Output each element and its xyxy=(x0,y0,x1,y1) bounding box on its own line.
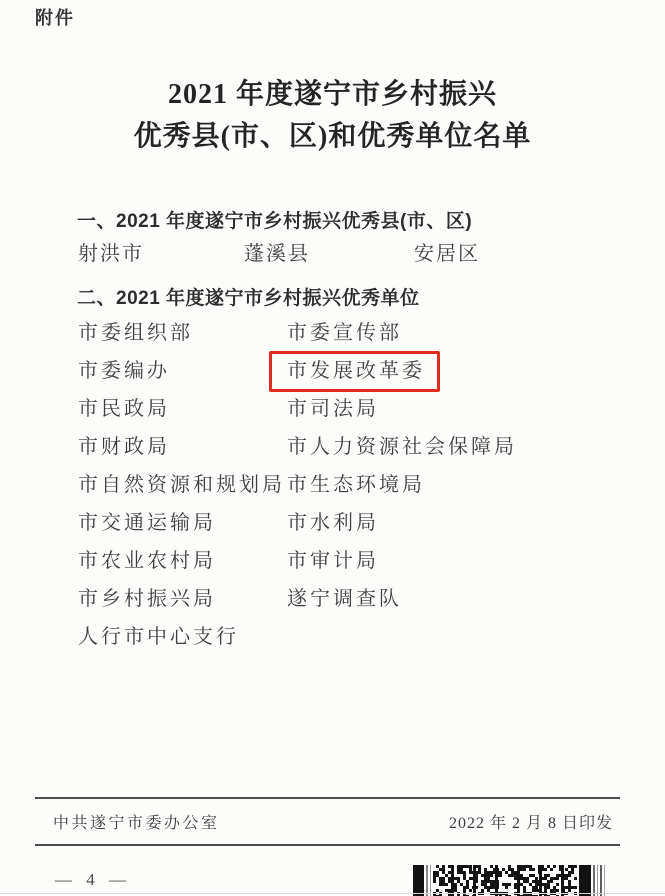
unit-row: 市委编办市发展改革委 xyxy=(78,352,618,390)
county-list: 射洪市蓬溪县安居区 xyxy=(78,242,480,266)
page-bottom-edge xyxy=(0,893,665,894)
unit-name: 市审计局 xyxy=(287,550,379,572)
unit-name: 市生态环境局 xyxy=(287,474,425,496)
page-number: — 4 — xyxy=(55,870,131,890)
county-item: 蓬溪县 xyxy=(244,242,414,266)
unit-row: 人行市中心支行 xyxy=(78,618,618,656)
unit-row: 市自然资源和规划局市生态环境局 xyxy=(78,466,618,504)
barcode xyxy=(413,865,607,896)
unit-name: 市交通运输局 xyxy=(78,511,287,535)
unit-name: 市民政局 xyxy=(78,397,287,421)
section2-heading: 二、2021 年度遂宁市乡村振兴优秀单位 xyxy=(77,283,420,310)
unit-row: 市农业农村局市审计局 xyxy=(78,542,618,580)
unit-name: 市委编办 xyxy=(78,359,287,383)
unit-name: 市农业农村局 xyxy=(78,549,287,573)
unit-row: 市交通运输局市水利局 xyxy=(78,504,618,542)
document-title: 2021 年度遂宁市乡村振兴 优秀县(市、区)和优秀单位名单 xyxy=(0,74,665,158)
section1-heading: 一、2021 年度遂宁市乡村振兴优秀县(市、区) xyxy=(77,206,472,233)
unit-name: 市人力资源社会保障局 xyxy=(287,436,517,458)
unit-name: 人行市中心支行 xyxy=(78,625,287,649)
unit-row: 市财政局市人力资源社会保障局 xyxy=(78,428,618,466)
unit-name: 市财政局 xyxy=(78,435,287,459)
unit-name: 市自然资源和规划局 xyxy=(78,473,287,497)
unit-name: 市乡村振兴局 xyxy=(78,587,287,611)
unit-list: 市委组织部市委宣传部市委编办市发展改革委市民政局市司法局市财政局市人力资源社会保… xyxy=(78,314,618,656)
unit-name: 市委宣传部 xyxy=(287,322,402,344)
unit-name: 市水利局 xyxy=(287,512,379,534)
document-page: 附件 2021 年度遂宁市乡村振兴 优秀县(市、区)和优秀单位名单 一、2021… xyxy=(0,0,665,896)
footer-row: 中共遂宁市委办公室 2022 年 2 月 8 日印发 xyxy=(35,799,620,844)
footer-rule-bottom xyxy=(35,844,620,846)
title-line-1: 2021 年度遂宁市乡村振兴 xyxy=(0,74,665,116)
unit-name: 市委组织部 xyxy=(78,321,287,345)
attachment-label: 附件 xyxy=(35,4,75,30)
unit-name-highlighted: 市发展改革委 xyxy=(269,351,440,392)
print-date: 2022 年 2 月 8 日印发 xyxy=(449,810,613,833)
unit-name: 市司法局 xyxy=(287,398,379,420)
title-line-2: 优秀县(市、区)和优秀单位名单 xyxy=(0,116,665,158)
county-item: 射洪市 xyxy=(78,242,244,266)
unit-row: 市乡村振兴局遂宁调查队 xyxy=(78,580,618,618)
unit-row: 市委组织部市委宣传部 xyxy=(78,314,618,352)
issuing-office: 中共遂宁市委办公室 xyxy=(53,810,220,833)
unit-name: 遂宁调查队 xyxy=(287,588,402,610)
unit-row: 市民政局市司法局 xyxy=(78,390,618,428)
county-item: 安居区 xyxy=(414,242,480,266)
